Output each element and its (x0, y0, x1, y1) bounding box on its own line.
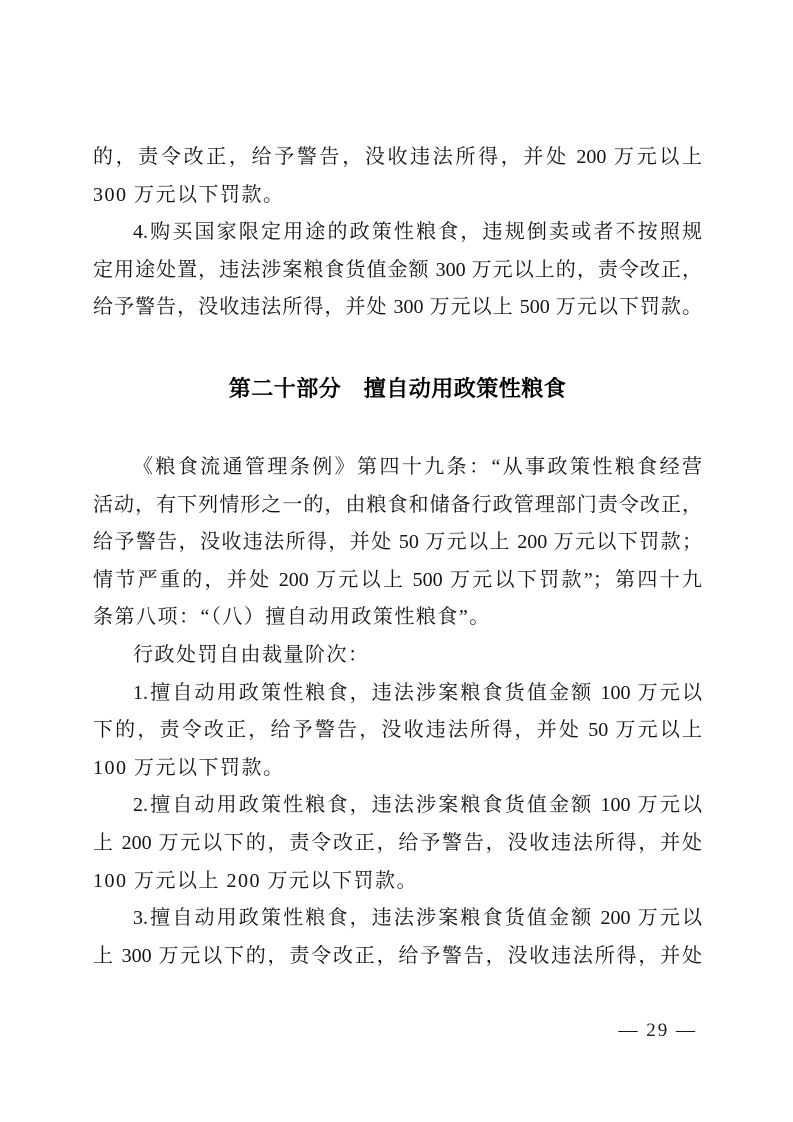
text-line: 1.擅自动用政策性粮食，违法涉案粮食货值金额 100 万元以 (93, 675, 702, 713)
text-line: 行政处罚自由裁量阶次： (93, 637, 702, 675)
section-heading: 第二十部分 擅自动用政策性粮食 (93, 370, 702, 408)
text-line: 条第八项：“（八）擅自动用政策性粮食”。 (93, 599, 702, 637)
text-line: 上 200 万元以下的，责令改正，给予警告，没收违法所得，并处 (93, 825, 702, 863)
text-line: 《粮食流通管理条例》第四十九条：“从事政策性粮食经营 (93, 449, 702, 487)
text-line: 4.购买国家限定用途的政策性粮食，违规倒卖或者不按照规 (93, 214, 702, 252)
document-page: 的，责令改正，给予警告，没收违法所得，并处 200 万元以上 300 万元以下罚… (0, 0, 793, 1122)
text-line: 300 万元以下罚款。 (93, 177, 702, 215)
text-line: 给予警告，没收违法所得，并处 50 万元以上 200 万元以下罚款； (93, 524, 702, 562)
text-line: 100 万元以上 200 万元以下罚款。 (93, 863, 702, 901)
page-number: — 29 — (619, 1020, 698, 1042)
text-line: 情节严重的，并处 200 万元以上 500 万元以下罚款”；第四十九 (93, 562, 702, 600)
text-block: 的，责令改正，给予警告，没收违法所得，并处 200 万元以上 300 万元以下罚… (93, 139, 702, 975)
text-line: 的，责令改正，给予警告，没收违法所得，并处 200 万元以上 (93, 139, 702, 177)
text-line: 活动，有下列情形之一的，由粮食和储备行政管理部门责令改正， (93, 487, 702, 525)
text-line: 下的，责令改正，给予警告，没收违法所得，并处 50 万元以上 (93, 712, 702, 750)
text-line: 2.擅自动用政策性粮食，违法涉案粮食货值金额 100 万元以 (93, 787, 702, 825)
text-line: 给予警告，没收违法所得，并处 300 万元以上 500 万元以下罚款。 (93, 289, 702, 327)
text-line: 定用途处置，违法涉案粮食货值金额 300 万元以上的，责令改正， (93, 252, 702, 290)
text-line: 上 300 万元以下的，责令改正，给予警告，没收违法所得，并处 (93, 938, 702, 976)
text-line: 3.擅自动用政策性粮食，违法涉案粮食货值金额 200 万元以 (93, 900, 702, 938)
text-line: 100 万元以下罚款。 (93, 750, 702, 788)
